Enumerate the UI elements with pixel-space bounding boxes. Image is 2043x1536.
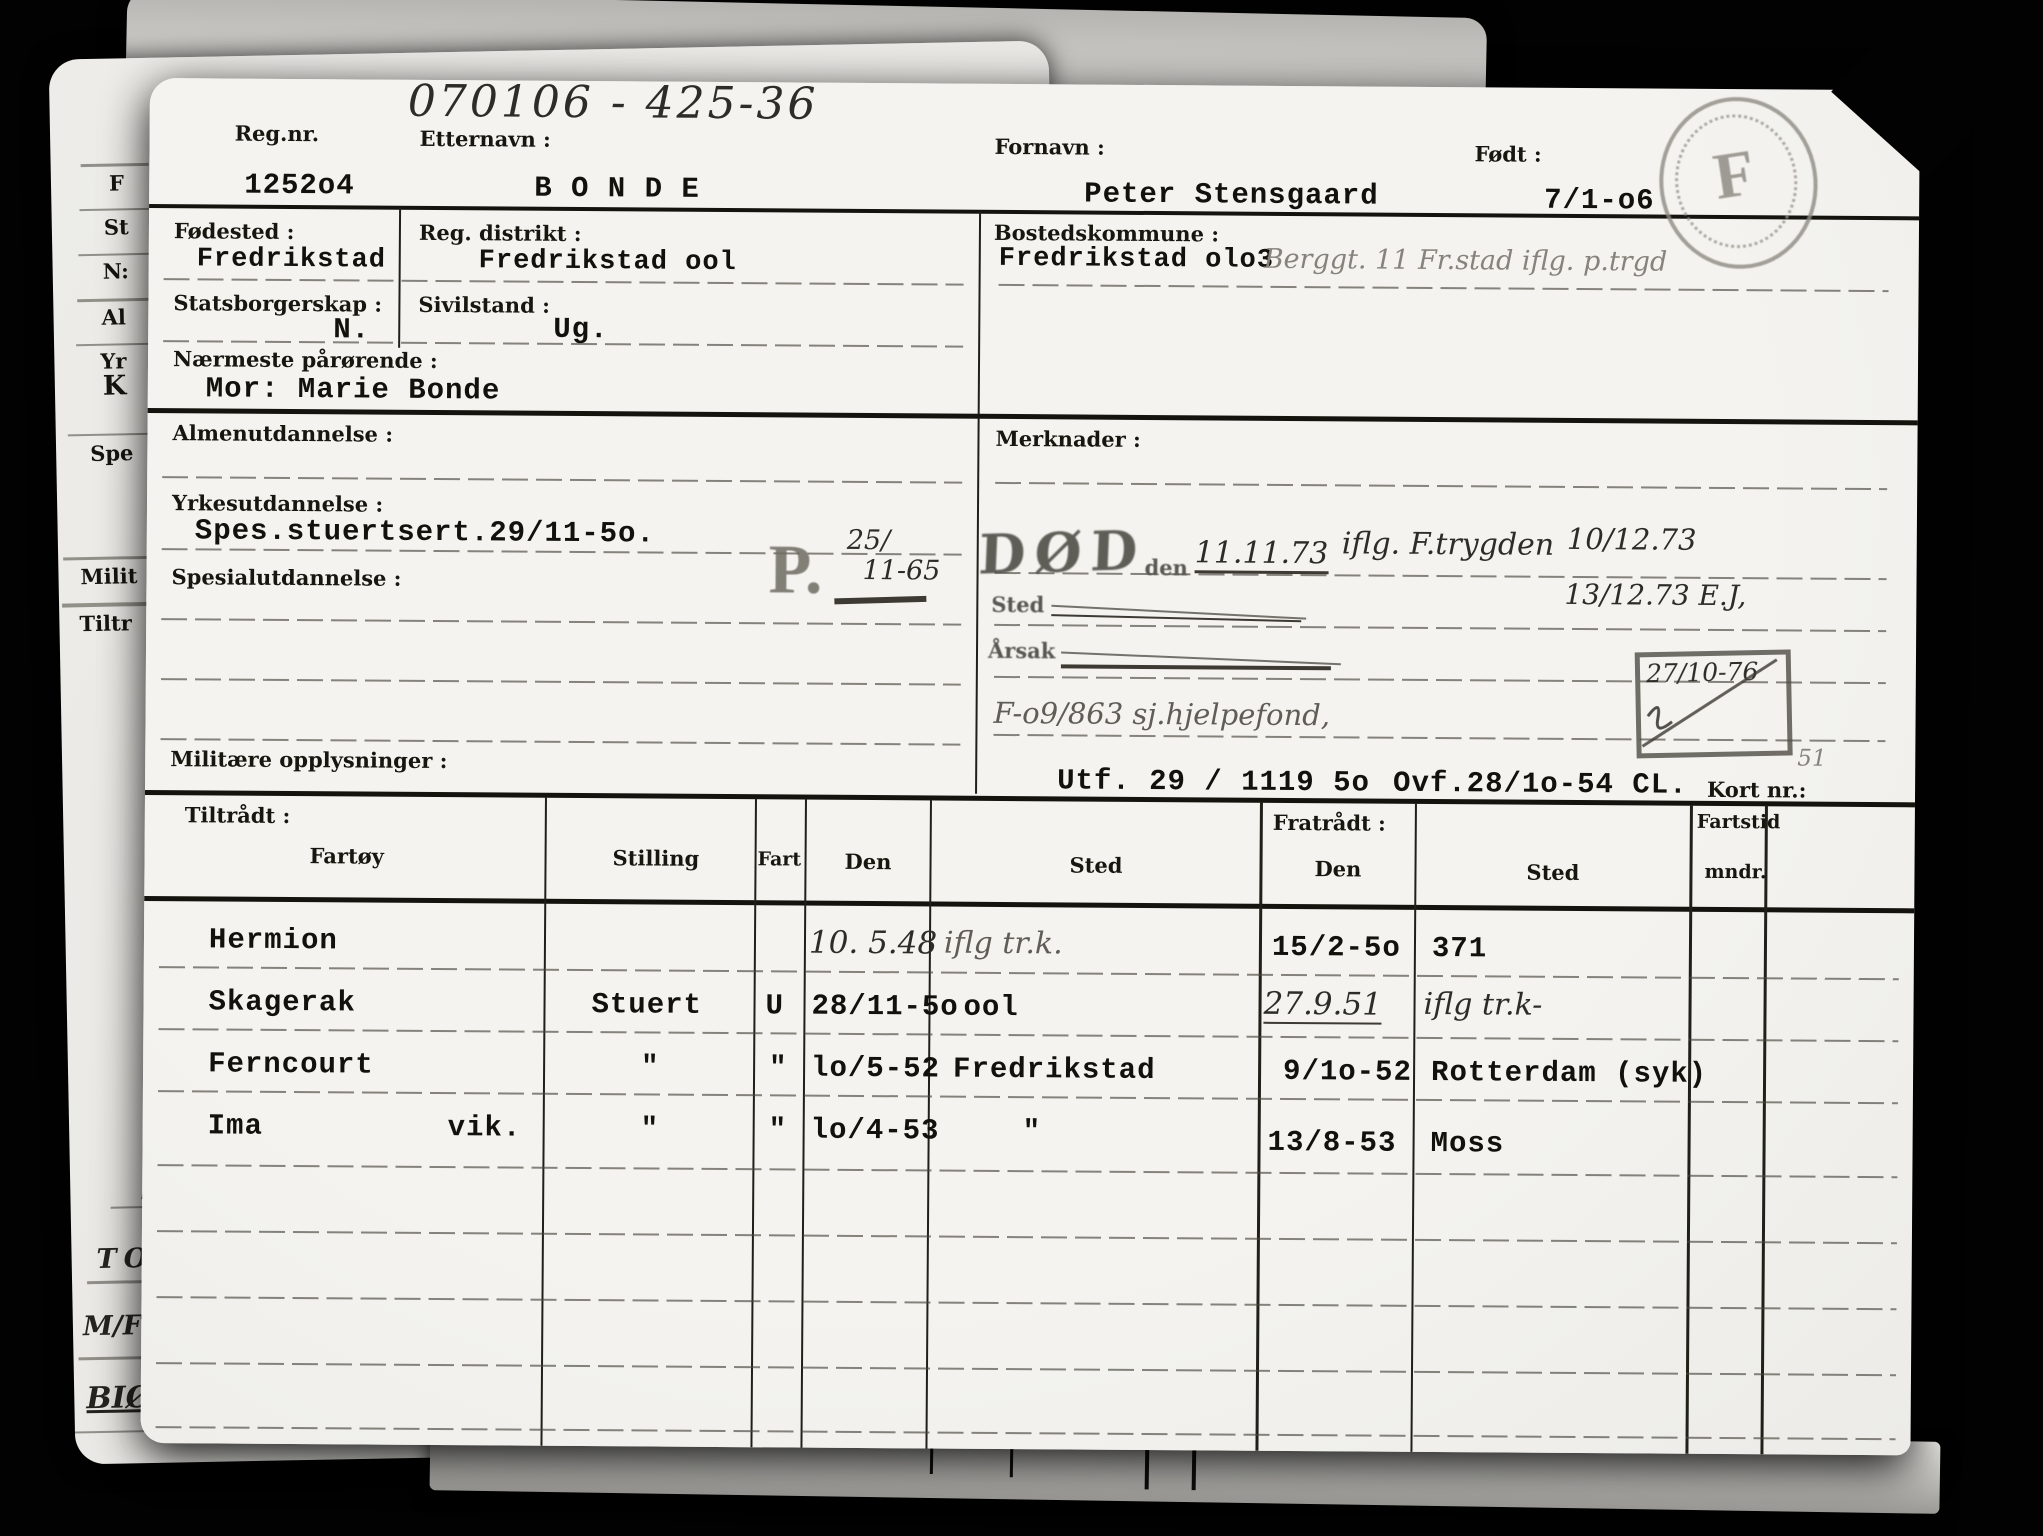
sted-header: Sted — [1069, 852, 1122, 877]
table-cell-sted: ool — [963, 991, 1018, 1024]
ruled-line — [158, 1028, 1898, 1042]
table-column-line — [1685, 805, 1693, 1454]
column-divider — [398, 208, 401, 348]
under-card-label: K — [103, 370, 127, 401]
strike-mark — [1061, 651, 1341, 665]
column-divider — [975, 212, 981, 794]
ruled-line — [158, 1090, 1898, 1104]
ruled-line — [79, 208, 149, 211]
fart-header: Fart — [757, 848, 801, 870]
rule-line — [144, 896, 1914, 913]
edge-mark — [1192, 1450, 1197, 1490]
table-cell-fart: " — [769, 1051, 788, 1084]
fra-den-header: Den — [1314, 856, 1361, 881]
bostedskommune-value: Fredrikstad olo3 — [999, 244, 1274, 276]
table-cell-fra-den-handwritten: 27.9.51 — [1263, 986, 1382, 1025]
table-cell-fra-den: 13/8-53 — [1267, 1126, 1396, 1160]
ruled-line — [156, 1296, 1896, 1310]
table-cell-fartoy: Skagerak — [208, 985, 355, 1019]
yrkes-value: Spes.stuertsert.29/11-5o. — [195, 514, 655, 550]
table-cell-fart: " — [769, 1113, 788, 1146]
sivilstand-label: Sivilstand : — [418, 292, 550, 318]
ruled-line — [77, 298, 151, 302]
fratradt-label: Fratrådt : — [1273, 810, 1386, 836]
underline-mark — [834, 596, 926, 605]
ruled-line — [156, 1426, 1896, 1440]
ruled-line — [63, 556, 155, 561]
ruled-line — [156, 1362, 1896, 1376]
table-cell-fartoy: Ima — [208, 1109, 263, 1142]
etternavn-value: B O N D E — [534, 172, 700, 206]
table-cell-den: 28/11-5o — [811, 990, 958, 1024]
under-card-label: Milit — [80, 563, 137, 589]
table-cell-stilling: " — [641, 1112, 660, 1145]
regnr-label: Reg.nr. — [235, 121, 320, 147]
p-stamp-date-numerator: 25/ — [847, 525, 891, 556]
ruled-line — [159, 966, 1899, 980]
regnr-value: 1252o4 — [244, 169, 355, 203]
etternavn-label: Etternavn : — [419, 126, 550, 152]
spesial-label: Spesialutdannelse : — [171, 564, 401, 591]
table-cell-sted-handwritten: iflg tr.k. — [944, 926, 1063, 962]
ruled-line — [81, 163, 149, 167]
fartoy-header: Fartøy — [309, 843, 384, 869]
table-cell-den: lo/5-52 — [811, 1052, 940, 1086]
fra-sted-header: Sted — [1526, 860, 1579, 885]
edge-mark — [1010, 1445, 1014, 1477]
ruled-line — [78, 253, 150, 256]
ruled-line — [76, 343, 152, 346]
seaman-register-card: 070106 - 425-36 Reg.nr. Etternavn : Forn… — [140, 78, 1919, 1455]
initials-squiggle — [1648, 707, 1672, 728]
sted-stamp-label: Sted — [991, 592, 1044, 617]
under-card-label: St — [104, 214, 129, 239]
box-stamp-marks — [1637, 652, 1785, 751]
archive-number-handwritten: 070106 - 425-36 — [408, 76, 819, 130]
ruled-line — [162, 476, 962, 484]
parorende-label: Nærmeste pårørende : — [173, 346, 438, 373]
ruled-line — [164, 278, 964, 286]
regdistrikt-label: Reg. distrikt : — [419, 220, 582, 246]
table-column-line — [750, 798, 757, 1447]
stilling-header: Stilling — [612, 845, 699, 871]
table-cell-fra-sted: Moss — [1430, 1127, 1504, 1161]
ruled-line — [157, 1164, 1897, 1178]
date-box-stamp: 27/10-76 — [1635, 649, 1793, 758]
almen-label: Almenutdannelse : — [172, 420, 393, 447]
f-circular-stamp: F — [1647, 86, 1827, 277]
parorende-value: Mor: Marie Bonde — [206, 372, 501, 407]
under-card-label: Tiltr — [79, 610, 132, 636]
fodested-value: Fredrikstad — [197, 244, 386, 275]
ruled-line — [160, 738, 960, 746]
ruled-line — [62, 602, 156, 608]
fodt-label: Født : — [1474, 141, 1541, 166]
ruled-line — [161, 618, 961, 626]
table-cell-fra-sted-handwritten: iflg tr.k- — [1423, 987, 1542, 1023]
table-cell-sted: " — [1023, 1115, 1042, 1148]
fund-handwritten-note: F-o9/863 sj.hjelpefond, — [993, 696, 1330, 732]
dod-note-handwritten: iflg. F.trygden — [1342, 526, 1555, 562]
scanned-document-scene: F St N: Al Yr K Spe Milit Tiltr k TOR M/… — [0, 0, 2043, 1536]
table-cell-den: lo/4-53 — [811, 1114, 940, 1148]
rule-line — [148, 408, 1918, 425]
fornavn-label: Fornavn : — [994, 134, 1104, 160]
under-card-label: Spe — [90, 440, 134, 466]
ruled-line — [995, 482, 1887, 490]
kortnr-label: Kort nr.: — [1707, 777, 1807, 803]
table-cell-den-handwritten: 10. 5.48 — [809, 925, 937, 962]
under-card-label: F — [109, 170, 124, 195]
mndr-header: mndr. — [1704, 861, 1766, 883]
under-card-label: N: — [102, 258, 129, 283]
p-stamp: P. — [768, 530, 822, 610]
p-stamp-date-denominator: 11-65 — [862, 555, 940, 587]
fodt-value: 7/1-o6 — [1544, 184, 1655, 218]
table-cell-sted: Fredrikstad — [953, 1053, 1156, 1087]
ovf-value: Ovf.28/1o-54 CL. — [1393, 767, 1688, 802]
fodested-label: Fødested : — [174, 218, 295, 244]
pencil-note: 51 — [1797, 746, 1826, 772]
bostedskommune-handwritten-note: Berggt. 11 Fr.stad iflg. p.trgd — [1264, 244, 1668, 278]
den-header: Den — [844, 849, 891, 874]
fornavn-value: Peter Stensgaard — [1084, 178, 1379, 213]
table-cell-stilling: " — [641, 1050, 660, 1083]
regdistrikt-value: Fredrikstad ool — [479, 246, 737, 278]
dod-date-handwritten: 11.11.73 — [1195, 535, 1329, 574]
utf-value: Utf. 29 / 1119 5o — [1057, 764, 1370, 799]
bostedskommune-label: Bostedskommune : — [994, 220, 1219, 247]
table-column-line — [540, 797, 547, 1446]
dod-den-stamp-label: den — [1145, 555, 1188, 580]
table-column-line — [800, 799, 807, 1448]
table-cell-fart: U — [765, 989, 784, 1022]
edge-mark — [1145, 1449, 1150, 1489]
table-cell-fra-den: 9/1o-52 — [1283, 1055, 1412, 1089]
dod-stamp: DØD — [977, 518, 1147, 587]
table-cell-fra-den: 15/2-5o — [1272, 931, 1401, 965]
table-cell-fartoy: Ferncourt — [208, 1047, 374, 1081]
table-cell-fra-sted: Rotterdam (syk) — [1431, 1056, 1707, 1091]
arsak-stamp-label: Årsak — [988, 638, 1056, 663]
ruled-line — [994, 624, 1886, 632]
table-column-line — [1410, 803, 1417, 1452]
table-cell-fartoy: Hermion — [209, 923, 338, 957]
ruled-line — [68, 433, 154, 437]
table-column-line — [1255, 802, 1263, 1451]
table-cell-stilling: Stuert — [591, 988, 702, 1022]
militare-label: Militære opplysninger : — [170, 746, 447, 773]
merknader-label: Merknader : — [995, 426, 1140, 452]
tiltradt-label: Tiltrådt : — [185, 802, 291, 828]
ruled-line — [161, 678, 961, 686]
dod-date2-handwritten: 10/12.73 — [1567, 522, 1697, 557]
under-card-label: Al — [101, 304, 126, 329]
yrkes-label: Yrkesutdannelse : — [172, 490, 383, 516]
ruled-line — [999, 284, 1889, 292]
table-cell-fartoy-note: vik. — [448, 1111, 522, 1145]
dod-signature-handwritten: 13/12.73 E.J, — [1564, 578, 1746, 612]
table-column-line — [1760, 805, 1768, 1454]
table-cell-fra-sted: 371 — [1432, 932, 1487, 965]
ruled-line — [157, 1230, 1897, 1244]
sivilstand-value: Ug. — [553, 313, 608, 346]
stamp-line — [1061, 664, 1331, 670]
